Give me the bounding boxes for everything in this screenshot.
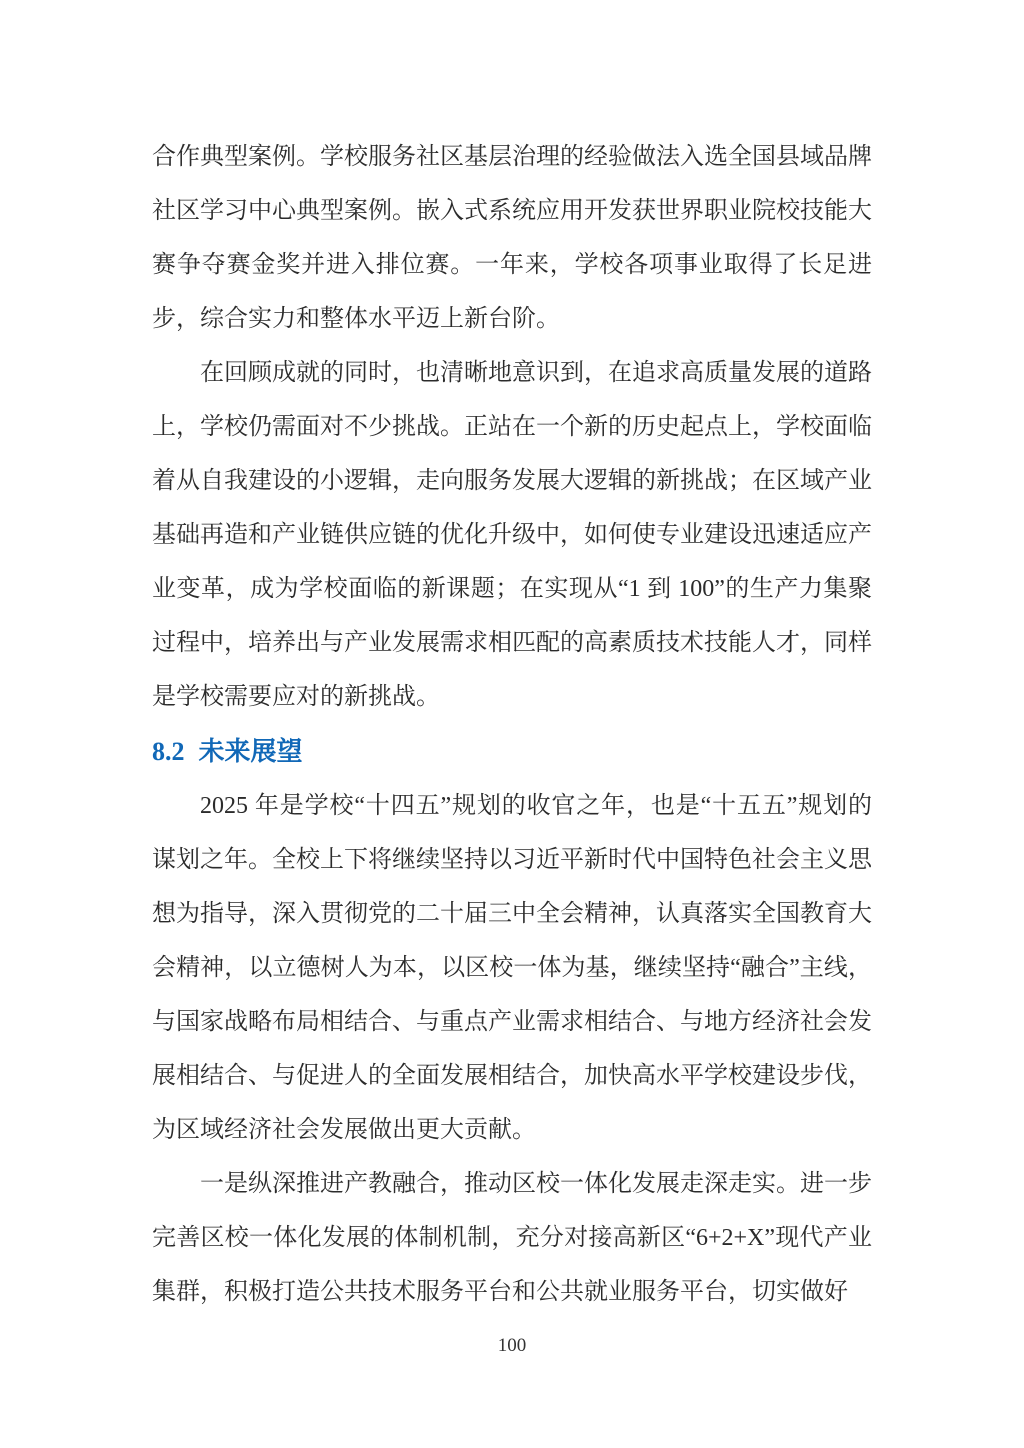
document-body: 合作典型案例。学校服务社区基层治理的经验做法入选全国县域品牌社区学习中心典型案例…	[152, 130, 872, 1319]
document-page: 合作典型案例。学校服务社区基层治理的经验做法入选全国县域品牌社区学习中心典型案例…	[0, 0, 1024, 1448]
section-heading-number: 8.2	[152, 737, 185, 766]
body-paragraph: 合作典型案例。学校服务社区基层治理的经验做法入选全国县域品牌社区学习中心典型案例…	[152, 130, 872, 346]
body-paragraph: 在回顾成就的同时，也清晰地意识到，在追求高质量发展的道路上，学校仍需面对不少挑战…	[152, 346, 872, 724]
body-paragraph: 2025 年是学校“十四五”规划的收官之年，也是“十五五”规划的谋划之年。全校上…	[152, 779, 872, 1157]
page-number: 100	[498, 1335, 527, 1356]
section-heading-title: 未来展望	[199, 736, 303, 766]
body-paragraph: 一是纵深推进产教融合，推动区校一体化发展走深走实。进一步完善区校一体化发展的体制…	[152, 1157, 872, 1319]
section-heading: 8.2未来展望	[152, 724, 872, 779]
page-footer: 100	[0, 1332, 1024, 1360]
